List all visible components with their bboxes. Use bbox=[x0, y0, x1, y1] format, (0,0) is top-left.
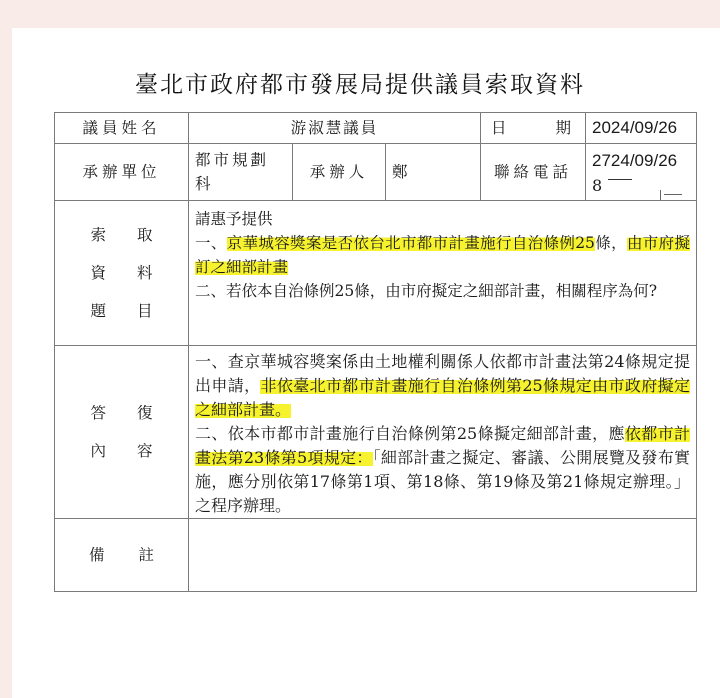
request-label-char: 取 bbox=[122, 221, 169, 249]
reply-item-1: 一、查京華城容獎案係由土地權利關係人依都市計畫法第24條規定提出申請，非依臺北市… bbox=[195, 350, 690, 422]
request-intro: 請惠予提供 bbox=[195, 207, 690, 231]
request-label-char: 目 bbox=[122, 297, 169, 325]
councilor-value: 游淑慧議員 bbox=[189, 113, 481, 144]
councilor-row: 議員姓名 游淑慧議員 日 期 2024/09/26 bbox=[55, 113, 697, 144]
remarks-value bbox=[189, 519, 697, 592]
request-label-char: 資 bbox=[75, 259, 122, 287]
date-label: 日 期 bbox=[481, 113, 586, 144]
reply-label: 答 復 內 容 bbox=[55, 346, 189, 519]
handler-row: 承辦單位 都市規劃科 承辦人 鄭 聯絡電話 2724/09/26 8 bbox=[55, 144, 697, 201]
request-item-1: 一、京華城容獎案是否依台北市都市計畫施行自治條例25條，由市府擬訂之細部計畫 bbox=[195, 231, 690, 279]
highlighted-text: 非依臺北市都市計畫施行自治條例第25條規定由市政府擬定之細部計畫。 bbox=[195, 376, 690, 419]
redaction-mark bbox=[608, 179, 632, 180]
date-label-right: 期 bbox=[556, 116, 572, 140]
request-label-char: 料 bbox=[122, 259, 169, 287]
reply-label-char: 內 bbox=[75, 437, 122, 465]
phone-label: 聯絡電話 bbox=[481, 144, 586, 201]
remarks-row: 備 註 bbox=[55, 519, 697, 592]
remarks-label-right: 註 bbox=[138, 543, 154, 567]
remarks-label-left: 備 bbox=[89, 543, 105, 567]
date-value: 2024/09/26 bbox=[586, 113, 697, 144]
handler-label: 承辦人 bbox=[293, 144, 386, 201]
highlighted-text: 京華城容獎案是否依台北市都市計畫施行自治條例25 bbox=[227, 234, 595, 252]
reply-row: 答 復 內 容 一、查京華城容獎案係由土地權利關係人依都市計畫法第24條規定提出… bbox=[55, 346, 697, 519]
handler-value: 鄭 bbox=[386, 144, 481, 201]
reply-label-char: 答 bbox=[75, 399, 122, 427]
request-item1-mid: 條， bbox=[595, 234, 627, 252]
redaction-mark bbox=[664, 194, 682, 195]
reply-item-2: 二、依本市都市計畫施行自治條例第25條擬定細部計畫，應依都市計畫法第23條第5項… bbox=[195, 422, 690, 518]
reply-content: 一、查京華城容獎案係由土地權利關係人依都市計畫法第24條規定提出申請，非依臺北市… bbox=[189, 346, 697, 519]
unit-value: 都市規劃科 bbox=[189, 144, 293, 201]
phone-value-line1: 2724/09/26 bbox=[592, 149, 677, 173]
remarks-label: 備 註 bbox=[55, 519, 189, 592]
request-form-table: 議員姓名 游淑慧議員 日 期 2024/09/26 承辦單位 都市規劃科 承辦人… bbox=[54, 112, 697, 592]
unit-label: 承辦單位 bbox=[55, 144, 189, 201]
reply-label-char: 容 bbox=[122, 437, 169, 465]
phone-value: 2724/09/26 8 bbox=[586, 144, 697, 201]
redaction-mark bbox=[660, 190, 661, 200]
request-label-char: 題 bbox=[75, 297, 122, 325]
request-label: 索 取 資 料 題 目 bbox=[55, 201, 189, 346]
request-item1-prefix: 一、 bbox=[195, 234, 227, 252]
reply-label-char: 復 bbox=[122, 399, 169, 427]
request-item-2: 二、若依本自治條例25條，由市府擬定之細部計畫，相關程序為何? bbox=[195, 279, 690, 303]
request-label-char: 索 bbox=[75, 221, 122, 249]
reply-item2-plain-a: 二、依本市都市計畫施行自治條例第25條擬定細部計畫，應 bbox=[195, 424, 625, 443]
request-content: 請惠予提供 一、京華城容獎案是否依台北市都市計畫施行自治條例25條，由市府擬訂之… bbox=[189, 201, 697, 346]
date-label-left: 日 bbox=[491, 116, 507, 140]
document-title: 臺北市政府都市發展局提供議員索取資料 bbox=[0, 66, 720, 99]
request-row: 索 取 資 料 題 目 請惠予提供 一、京華城容獎案是否依台北市都市計畫施行自治… bbox=[55, 201, 697, 346]
phone-value-line2: 8 bbox=[592, 174, 602, 198]
councilor-label: 議員姓名 bbox=[55, 113, 189, 144]
